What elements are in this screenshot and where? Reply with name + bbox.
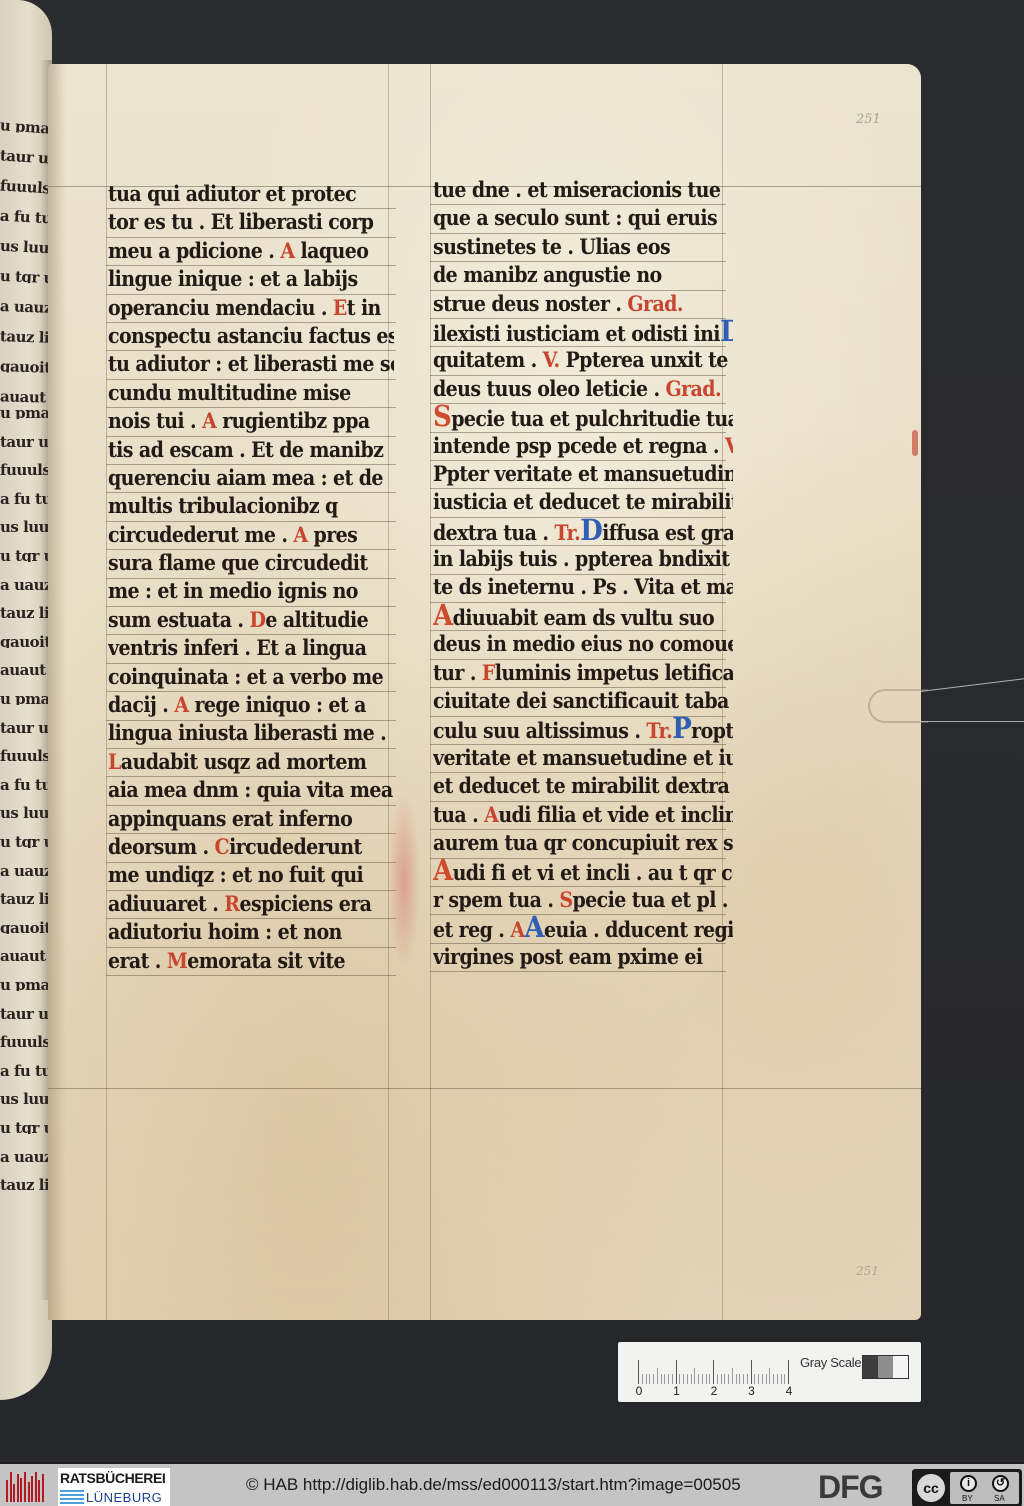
- line-text: laqueo: [295, 239, 369, 264]
- cc-license-badge[interactable]: cc i BY ↺ SA: [912, 1469, 1022, 1506]
- manuscript-line: et reg . AAeuia . dducent regi: [433, 913, 733, 945]
- manuscript-line: lingua iniusta liberasti me .: [108, 718, 394, 750]
- line-text: rege iniquo : et a: [188, 693, 365, 718]
- ruler-tick: [661, 1374, 662, 1384]
- line-text: ventris inferi . Et a lingua: [108, 636, 366, 661]
- gray-swatch: [893, 1356, 908, 1378]
- line-text: ircudederunt: [229, 835, 362, 860]
- line-text: iusticia et deducet te mirabilit: [433, 490, 733, 515]
- gray-swatch: [878, 1356, 893, 1378]
- ruler-tick: [758, 1374, 759, 1384]
- gray-swatch: [863, 1356, 878, 1378]
- emblem-bar: [10, 1472, 12, 1502]
- manuscript-line: meu a pdicione . A laqueo: [108, 235, 394, 267]
- line-text: iffusa est gra: [602, 521, 733, 546]
- ruler-tick: [713, 1360, 714, 1384]
- manuscript-line: intende psp pcede et regna . V.: [433, 430, 733, 462]
- manuscript-line: nois tui . A rugientibz ppa: [108, 406, 394, 438]
- creative-commons-icon: cc: [915, 1472, 947, 1504]
- book-waves-icon: [60, 1490, 84, 1504]
- ruler-tick: [676, 1360, 677, 1384]
- line-text: lingue inique : et a labijs: [108, 267, 358, 292]
- ruler-tick: [668, 1374, 669, 1384]
- line-text: lingua iniusta liberasti me .: [108, 721, 386, 746]
- line-text: tua .: [433, 803, 484, 828]
- ruler-tick: [754, 1374, 755, 1384]
- line-text: ropt: [691, 720, 733, 745]
- line-text: tue dne . et miseracionis tue: [433, 178, 720, 203]
- line-text: adiuuaret .: [108, 892, 224, 917]
- clamp-wire: [920, 721, 1024, 722]
- manuscript-line: erat . Memorata sit vite: [108, 945, 394, 977]
- line-text: dextra tua .: [433, 521, 554, 546]
- line-text: intende psp pcede et regna .: [433, 433, 725, 458]
- decorated-initial-blue: P: [672, 714, 691, 746]
- ruler-tick: [743, 1374, 744, 1384]
- line-text: pres: [308, 523, 358, 548]
- manuscript-line: tua . Audi filia et vide et inclina: [433, 799, 733, 831]
- line-text: euia .: [544, 918, 605, 943]
- ruler-tick: [788, 1360, 789, 1384]
- line-text: appinquans erat inferno: [108, 807, 352, 832]
- line-text: me : et in medio ignis no: [108, 579, 358, 604]
- rubric-text: Grad.: [666, 377, 721, 402]
- manuscript-line: Audi fi et vi et incli . au t qr con: [433, 856, 733, 888]
- line-text: veritate et mansuetudine et iusticia: [433, 746, 733, 771]
- rubric-text: D: [249, 608, 265, 633]
- emblem-bar: [28, 1482, 30, 1502]
- line-text: querenciu aiam mea : et de: [108, 466, 383, 491]
- line-text: tor es tu . Et liberasti corp: [108, 210, 373, 235]
- line-text: deorsum .: [108, 835, 215, 860]
- line-text: coinquinata : et a verbo me: [108, 665, 383, 690]
- line-text: tis ad escam . Et de manibz: [108, 437, 383, 462]
- manuscript-line: circudederut me . A pres: [108, 519, 394, 551]
- line-text: in labijs tuis . ppterea bndixit: [433, 547, 729, 572]
- line-text: ciuitate dei sanctificauit taba: [433, 689, 729, 714]
- line-text: de manibz angustie no: [433, 263, 662, 288]
- ruler-tick: [766, 1374, 767, 1384]
- line-text: multis tribulacionibz q: [108, 494, 338, 519]
- manuscript-line: quitatem . V. Ppterea unxit te deus: [433, 345, 733, 377]
- ruler-tick: [777, 1374, 778, 1384]
- folio-number: 251: [856, 112, 881, 127]
- ruler-tick: [642, 1374, 643, 1384]
- line-text: tu adiutor : et liberasti me se: [108, 352, 394, 377]
- emblem-bar: [20, 1478, 22, 1502]
- ruler-tick: [724, 1374, 725, 1384]
- manuscript-line: de manibz angustie no: [433, 260, 733, 292]
- rubric-text: Tr.: [554, 521, 580, 546]
- manuscript-line: Ppter veritate et mansuetudine et: [433, 458, 733, 490]
- line-text: me undiqz : et no fuit qui: [108, 863, 363, 888]
- rubric-text: Tr.: [646, 720, 672, 745]
- manuscript-line: tor es tu . Et liberasti corp: [108, 207, 394, 239]
- manuscript-line: que a seculo sunt : qui eruis: [433, 203, 733, 235]
- line-text: cundu multitudine mise: [108, 381, 351, 406]
- rubric-text: A: [484, 803, 498, 828]
- line-text: diuuabit eam ds vultu suo: [453, 606, 715, 631]
- ruler-tick: [691, 1374, 692, 1384]
- ruler-tick: [646, 1374, 647, 1384]
- manuscript-line: te ds ineternu . Ps . Vita et mansue .: [433, 572, 733, 604]
- manuscript-line: appinquans erat inferno: [108, 803, 394, 835]
- manuscript-line: virgines post eam pxime ei: [433, 941, 733, 973]
- ruler-tick: [653, 1374, 654, 1384]
- dfg-logo: DFG: [818, 1470, 883, 1504]
- ruler-tick: [728, 1374, 729, 1384]
- emblem-bar: [6, 1480, 8, 1502]
- manuscript-line: Adiuuabit eam ds vultu suo: [433, 600, 733, 632]
- manuscript-line: ilexisti iusticiam et odisti iniD: [433, 317, 733, 349]
- manuscript-line: iusticia et deducet te mirabilit: [433, 487, 733, 519]
- manuscript-line: deus in medio eius no comoueb: [433, 629, 733, 661]
- license-terms: i BY ↺ SA: [950, 1472, 1019, 1504]
- manuscript-line: Specie tua et pulchritudie tua: [433, 402, 733, 434]
- rubric-text: V.: [543, 348, 560, 373]
- rubric-text: Grad.: [627, 292, 682, 317]
- line-text: dacij .: [108, 693, 174, 718]
- ruler-tick: [683, 1374, 684, 1384]
- emblem-bar: [42, 1474, 44, 1502]
- footer-bar: RATSBÜCHEREI LÜNEBURG © HAB http://digli…: [0, 1462, 1024, 1506]
- line-text: et deducet te mirabilit dextra: [433, 774, 729, 799]
- decorated-initial-blue: A: [524, 913, 544, 945]
- ruler-tick: [672, 1374, 673, 1384]
- ruler-number: 3: [746, 1384, 758, 1398]
- line-text: sustinetes te . Ulias eos: [433, 235, 670, 260]
- line-text: te ds ineternu . Ps . Vita et mansue .: [433, 575, 733, 600]
- line-text: tur .: [433, 661, 482, 686]
- manuscript-line: me : et in medio ignis no: [108, 576, 394, 608]
- ruler-tick: [747, 1374, 748, 1384]
- red-ink-stain: [388, 790, 420, 970]
- manuscript-line: tur . Fluminis impetus letificat: [433, 657, 733, 689]
- line-text: udi fi et vi et incli . au t qr con: [453, 862, 733, 887]
- line-text: udi filia et vide et inclina: [498, 803, 733, 828]
- emblem-bar: [31, 1476, 33, 1502]
- rubric-text: C: [215, 835, 230, 860]
- text-column-right: tue dne . et miseracionis tueque a secul…: [433, 178, 733, 973]
- line-text: culu suu altissimus .: [433, 720, 646, 745]
- line-text: meu a pdicione .: [108, 239, 280, 264]
- line-text: pecie tua et pl . et psp p: [573, 888, 734, 913]
- line-text: conspectu astanciu factus es: [108, 324, 394, 349]
- library-city: LÜNEBURG: [86, 1490, 162, 1505]
- rubric-text: S: [559, 888, 572, 913]
- decorated-initial-blue: D: [580, 515, 602, 547]
- line-text: adiutoriu hoim : et non: [108, 920, 342, 945]
- manuscript-line: conspectu astanciu factus es: [108, 321, 394, 353]
- line-text: que a seculo sunt : qui eruis: [433, 206, 717, 231]
- rubric-text: E: [333, 296, 347, 321]
- line-text: emorata sit vite: [187, 949, 345, 974]
- manuscript-line: sum estuata . De altitudie: [108, 604, 394, 636]
- rubric-text: A: [280, 239, 294, 264]
- line-text: Ppter veritate et mansuetudine et: [433, 462, 733, 487]
- emblem-bar: [35, 1472, 37, 1502]
- manuscript-line: Laudabit usqz ad mortem: [108, 746, 394, 778]
- line-text: aia mea dnm : quia vita mea: [108, 778, 393, 803]
- manuscript-line: r spem tua . Specie tua et pl . et psp p: [433, 884, 733, 916]
- library-logo: RATSBÜCHEREI LÜNEBURG: [58, 1468, 170, 1506]
- rubric-text: A: [293, 523, 307, 548]
- rubric-text: M: [167, 949, 187, 974]
- ruler-tick: [717, 1374, 718, 1384]
- ruling-line: [430, 64, 431, 1320]
- line-text: rugientibz ppa: [216, 409, 369, 434]
- line-text: operanciu mendaciu .: [108, 296, 333, 321]
- ruler-tick: [739, 1374, 740, 1384]
- manuscript-line: strue deus noster . Grad.: [433, 288, 733, 320]
- gray-scale-swatches: [862, 1355, 909, 1379]
- ruler-tick: [721, 1374, 722, 1384]
- line-text: audabit usqz ad mortem: [121, 750, 367, 775]
- line-text: sura flame que circudedit: [108, 551, 368, 576]
- line-text: e altitudie: [265, 608, 368, 633]
- decorated-initial-red: A: [433, 600, 453, 632]
- emblem-bar: [38, 1480, 40, 1502]
- cm-ruler: [638, 1360, 798, 1384]
- emblem-bar: [24, 1472, 26, 1502]
- line-text: circudederut me .: [108, 523, 293, 548]
- emblem-bar: [17, 1474, 19, 1502]
- decorated-initial-red: S: [433, 402, 451, 434]
- color-scale-card: Gray Scale 01234: [618, 1342, 921, 1402]
- ruler-number: 2: [708, 1384, 720, 1398]
- line-text: deus tuus oleo leticie .: [433, 377, 666, 402]
- ruler-number: 4: [783, 1384, 795, 1398]
- ruler-tick: [773, 1374, 774, 1384]
- manuscript-line: adiuuaret . Respiciens era: [108, 888, 394, 920]
- gray-scale-label: Gray Scale: [800, 1355, 861, 1370]
- library-name: RATSBÜCHEREI: [60, 1470, 165, 1486]
- rubric-text: F: [482, 661, 495, 686]
- manuscript-line: dextra tua . Tr.Diffusa est gra: [433, 515, 733, 547]
- rubric-text: A: [174, 693, 188, 718]
- line-text: espiciens era: [239, 892, 371, 917]
- line-text: dducent regi: [605, 918, 733, 943]
- line-text: strue deus noster .: [433, 292, 627, 317]
- manuscript-line: veritate et mansuetudine et iusticia: [433, 742, 733, 774]
- ruler-tick: [769, 1368, 770, 1384]
- ruler-tick: [649, 1374, 650, 1384]
- line-text: sum estuata .: [108, 608, 249, 633]
- share-alike-icon: ↺: [992, 1475, 1009, 1492]
- rubric-text: A: [202, 409, 216, 434]
- text-column-left: tua qui adiutor et protector es tu . Et …: [108, 182, 394, 977]
- emblem-bar: [13, 1484, 15, 1502]
- manuscript-line: me undiqz : et no fuit qui: [108, 860, 394, 892]
- manuscript-line: sustinetes te . Ulias eos: [433, 231, 733, 263]
- ruler-tick: [664, 1374, 665, 1384]
- line-text: et reg .: [433, 918, 510, 943]
- rubric-text: L: [108, 750, 121, 775]
- attribution-icon: i: [960, 1475, 977, 1492]
- line-text: tua qui adiutor et protec: [108, 182, 356, 207]
- manuscript-line: tu adiutor : et liberasti me se: [108, 349, 394, 381]
- line-text: erat .: [108, 949, 167, 974]
- manuscript-line: ventris inferi . Et a lingua: [108, 633, 394, 665]
- line-text: deus in medio eius no comoueb: [433, 632, 733, 657]
- ruler-tick: [698, 1374, 699, 1384]
- line-text: pecie tua et pulchritudie tua: [451, 407, 733, 432]
- rubric-text: A: [510, 918, 524, 943]
- ruler-tick: [657, 1368, 658, 1384]
- ruler-number: 1: [671, 1384, 683, 1398]
- manuscript-line: adiutoriu hoim : et non: [108, 917, 394, 949]
- rubric-text: V.: [725, 433, 733, 458]
- ruler-tick: [762, 1374, 763, 1384]
- red-ink-mark: [912, 430, 918, 456]
- ruler-number: 0: [633, 1384, 645, 1398]
- folio-number-bottom: 251: [856, 1264, 879, 1278]
- ruler-tick: [702, 1374, 703, 1384]
- line-text: r spem tua .: [433, 888, 559, 913]
- ruler-tick: [732, 1368, 733, 1384]
- manuscript-line: lingue inique : et a labijs: [108, 264, 394, 296]
- ruling-line: [48, 1088, 921, 1089]
- rubric-text: R: [224, 892, 239, 917]
- manuscript-line: aia mea dnm : quia vita mea: [108, 775, 394, 807]
- manuscript-line: tis ad escam . Et de manibz: [108, 434, 394, 466]
- sa-label: SA: [994, 1494, 1005, 1503]
- decorated-initial-blue: D: [720, 317, 733, 349]
- page-clamp: [868, 683, 1024, 727]
- manuscript-line: et deducet te mirabilit dextra: [433, 771, 733, 803]
- ruler-tick: [679, 1374, 680, 1384]
- manuscript-line: querenciu aiam mea : et de: [108, 462, 394, 494]
- line-text: virgines post eam pxime ei: [433, 945, 703, 970]
- line-text: t in: [347, 296, 381, 321]
- by-label: BY: [962, 1494, 973, 1503]
- manuscript-line: deus tuus oleo leticie . Grad.: [433, 373, 733, 405]
- copyright-link[interactable]: © HAB http://diglib.hab.de/mss/ed000113/…: [246, 1475, 741, 1495]
- ruler-tick: [751, 1360, 752, 1384]
- clamp-loop: [868, 689, 928, 723]
- ruler-tick: [694, 1368, 695, 1384]
- line-text: luminis impetus letificat: [495, 661, 733, 686]
- ruler-tick: [781, 1374, 782, 1384]
- line-text: ilexisti iusticiam et odisti ini: [433, 322, 720, 347]
- ruler-tick: [784, 1374, 785, 1384]
- ruler-tick: [709, 1374, 710, 1384]
- line-text: quitatem .: [433, 348, 543, 373]
- line-text: Ppterea unxit te deus: [559, 348, 733, 373]
- manuscript-line: coinquinata : et a verbo me: [108, 661, 394, 693]
- line-text: nois tui .: [108, 409, 202, 434]
- line-text: aurem tua qr concupiuit rex speciem tua: [433, 831, 733, 856]
- ruler-tick: [687, 1374, 688, 1384]
- manuscript-line: cundu multitudine mise: [108, 377, 394, 409]
- ruler-tick: [706, 1374, 707, 1384]
- manuscript-line: operanciu mendaciu . Et in: [108, 292, 394, 324]
- manuscript-line: multis tribulacionibz q: [108, 491, 394, 523]
- ruler-tick: [736, 1374, 737, 1384]
- ruler-tick: [638, 1360, 639, 1384]
- manuscript-line: culu suu altissimus . Tr.Propt: [433, 714, 733, 746]
- library-emblem-icon: [6, 1472, 46, 1502]
- decorated-initial-red: A: [433, 856, 453, 888]
